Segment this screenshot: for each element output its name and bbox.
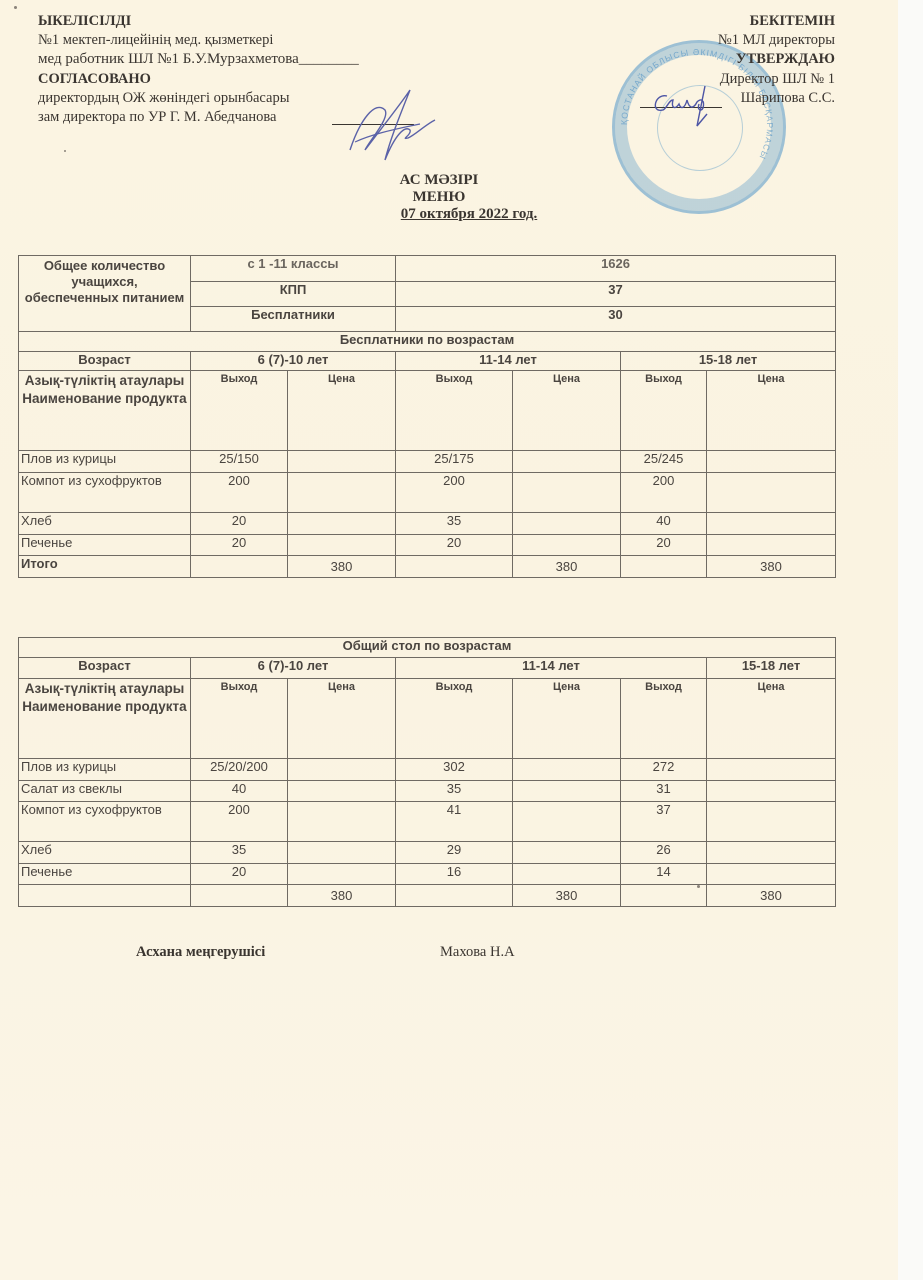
product-name: Плов из курицы bbox=[19, 451, 191, 473]
product-name: Хлеб bbox=[19, 842, 191, 864]
summary-row-name: Бесплатники bbox=[191, 307, 396, 332]
price-cell bbox=[707, 513, 836, 535]
canteen-head-role: Асхана меңгерушісі bbox=[136, 944, 265, 961]
price-cell bbox=[288, 513, 396, 535]
table-row: Компот из сухофруктов200200200 bbox=[19, 473, 836, 513]
sub-header: Выход bbox=[396, 679, 513, 759]
price-cell bbox=[707, 473, 836, 513]
product-name: Компот из сухофруктов bbox=[19, 802, 191, 842]
yield-cell: 200 bbox=[396, 473, 513, 513]
price-cell bbox=[288, 535, 396, 556]
total-cell: 380 bbox=[513, 885, 621, 907]
yield-cell: 35 bbox=[396, 513, 513, 535]
scan-speck bbox=[64, 150, 66, 152]
age-label: Возраст bbox=[19, 352, 191, 371]
age-label: Возраст bbox=[19, 658, 191, 679]
menu-title-ru: МЕНЮ bbox=[0, 189, 888, 206]
total-cell bbox=[621, 556, 707, 578]
price-cell bbox=[513, 864, 621, 885]
summary-row-value: 30 bbox=[396, 307, 836, 332]
agreed-ru-heading: СОГЛАСОВАНО bbox=[38, 70, 151, 88]
price-cell bbox=[707, 842, 836, 864]
sub-header: Выход bbox=[191, 371, 288, 451]
director-name: Шарипова С.С. bbox=[741, 89, 835, 107]
sub-header: Выход bbox=[396, 371, 513, 451]
table-row: Хлеб352926 bbox=[19, 842, 836, 864]
price-cell bbox=[707, 781, 836, 802]
yield-cell: 25/175 bbox=[396, 451, 513, 473]
yield-cell: 14 bbox=[621, 864, 707, 885]
signature-director-icon bbox=[645, 78, 725, 138]
sub-header: Цена bbox=[288, 371, 396, 451]
free-meals-table: Общее количество учащихся, обеспеченных … bbox=[18, 255, 836, 578]
total-label bbox=[19, 885, 191, 907]
product-name: Плов из курицы bbox=[19, 759, 191, 781]
yield-cell: 29 bbox=[396, 842, 513, 864]
total-cell bbox=[396, 556, 513, 578]
yield-cell: 16 bbox=[396, 864, 513, 885]
price-cell bbox=[707, 451, 836, 473]
price-cell bbox=[288, 451, 396, 473]
price-cell bbox=[513, 842, 621, 864]
total-cell bbox=[396, 885, 513, 907]
approve-ru-heading: УТВЕРЖДАЮ bbox=[736, 50, 835, 68]
summary-row-name: КПП bbox=[191, 282, 396, 307]
summary-row-value: 1626 bbox=[396, 256, 836, 282]
price-cell bbox=[707, 759, 836, 781]
table-row: Плов из курицы25/15025/17525/245 bbox=[19, 451, 836, 473]
total-row: Итого380380380 bbox=[19, 556, 836, 578]
age-group: 15-18 лет bbox=[621, 352, 836, 371]
price-cell bbox=[513, 781, 621, 802]
agreed-kz-heading: ЫКЕЛІСІЛДІ bbox=[38, 12, 131, 30]
total-cell: 380 bbox=[707, 885, 836, 907]
product-name: Компот из сухофруктов bbox=[19, 473, 191, 513]
total-cell: 380 bbox=[513, 556, 621, 578]
total-cell: 380 bbox=[288, 885, 396, 907]
yield-cell: 20 bbox=[191, 535, 288, 556]
total-cell: 380 bbox=[707, 556, 836, 578]
yield-cell: 20 bbox=[396, 535, 513, 556]
scan-edge bbox=[898, 0, 923, 1280]
yield-cell: 35 bbox=[396, 781, 513, 802]
yield-cell: 20 bbox=[621, 535, 707, 556]
sub-header: Цена bbox=[707, 679, 836, 759]
price-cell bbox=[707, 802, 836, 842]
students-count-label: Общее количество учащихся, обеспеченных … bbox=[19, 256, 191, 332]
price-cell bbox=[513, 473, 621, 513]
sub-header: Цена bbox=[288, 679, 396, 759]
canteen-head-name: Махова Н.А bbox=[440, 944, 515, 961]
sub-header: Цена bbox=[513, 679, 621, 759]
director-ru: Директор ШЛ № 1 bbox=[720, 70, 835, 88]
general-table: Общий стол по возрастам Возраст 6 (7)-10… bbox=[18, 637, 836, 907]
yield-cell: 200 bbox=[191, 802, 288, 842]
med-worker-ru: мед работник ШЛ №1 Б.У.Мурзахметова_____… bbox=[38, 50, 359, 68]
price-cell bbox=[288, 473, 396, 513]
price-cell bbox=[707, 535, 836, 556]
table-row: Салат из свеклы403531 bbox=[19, 781, 836, 802]
yield-cell: 41 bbox=[396, 802, 513, 842]
sub-header: Выход bbox=[191, 679, 288, 759]
product-name: Хлеб bbox=[19, 513, 191, 535]
total-cell bbox=[191, 885, 288, 907]
age-group: 6 (7)-10 лет bbox=[191, 658, 396, 679]
product-name-header: Азық-түліктің атаулары Наименование прод… bbox=[19, 679, 191, 759]
menu-title-kz: АС МӘЗІРІ bbox=[0, 172, 888, 189]
product-name: Салат из свеклы bbox=[19, 781, 191, 802]
sub-header: Выход bbox=[621, 679, 707, 759]
age-group: 6 (7)-10 лет bbox=[191, 352, 396, 371]
yield-cell: 25/150 bbox=[191, 451, 288, 473]
yield-cell: 272 bbox=[621, 759, 707, 781]
price-cell bbox=[288, 842, 396, 864]
total-cell: 380 bbox=[288, 556, 396, 578]
yield-cell: 302 bbox=[396, 759, 513, 781]
price-cell bbox=[513, 535, 621, 556]
free-table-title: Бесплатники по возрастам bbox=[19, 332, 836, 352]
yield-cell: 200 bbox=[621, 473, 707, 513]
price-cell bbox=[707, 864, 836, 885]
yield-cell: 25/245 bbox=[621, 451, 707, 473]
director-kz: №1 МЛ директоры bbox=[718, 31, 835, 49]
summary-row-name: с 1 -11 классы bbox=[191, 256, 396, 282]
table-row: Печенье202020 bbox=[19, 535, 836, 556]
yield-cell: 20 bbox=[191, 513, 288, 535]
approve-kz-heading: БЕКІТЕМІН bbox=[750, 12, 835, 30]
table-row: Печенье201614 bbox=[19, 864, 836, 885]
menu-date: 07 октября 2022 год. bbox=[20, 206, 918, 223]
yield-cell: 200 bbox=[191, 473, 288, 513]
yield-cell: 40 bbox=[191, 781, 288, 802]
yield-cell: 40 bbox=[621, 513, 707, 535]
price-cell bbox=[288, 864, 396, 885]
summary-row-value: 37 bbox=[396, 282, 836, 307]
sub-header: Цена bbox=[707, 371, 836, 451]
age-group: 15-18 лет bbox=[707, 658, 836, 679]
table-row: Плов из курицы25/20/200302272 bbox=[19, 759, 836, 781]
age-group: 11-14 лет bbox=[396, 658, 707, 679]
yield-cell: 20 bbox=[191, 864, 288, 885]
product-name-header: Азық-түліктің атаулары Наименование прод… bbox=[19, 371, 191, 451]
yield-cell: 31 bbox=[621, 781, 707, 802]
age-group: 11-14 лет bbox=[396, 352, 621, 371]
total-cell bbox=[621, 885, 707, 907]
price-cell bbox=[513, 451, 621, 473]
total-row: 380380380 bbox=[19, 885, 836, 907]
med-worker-kz: №1 мектеп-лицейінің мед. қызметкері bbox=[38, 31, 273, 49]
table-row: Хлеб203540 bbox=[19, 513, 836, 535]
yield-cell: 37 bbox=[621, 802, 707, 842]
yield-cell: 26 bbox=[621, 842, 707, 864]
signature-deputy-icon bbox=[330, 80, 440, 170]
general-table-title: Общий стол по возрастам bbox=[19, 638, 836, 658]
scan-speck bbox=[697, 885, 700, 888]
product-name: Печенье bbox=[19, 864, 191, 885]
product-name: Печенье bbox=[19, 535, 191, 556]
deputy-ru: зам директора по УР Г. М. Абедчанова bbox=[38, 108, 276, 126]
scan-speck bbox=[14, 6, 17, 9]
price-cell bbox=[288, 759, 396, 781]
yield-cell: 35 bbox=[191, 842, 288, 864]
total-cell bbox=[191, 556, 288, 578]
price-cell bbox=[513, 759, 621, 781]
price-cell bbox=[513, 802, 621, 842]
deputy-kz: директордың ОЖ жөніндегі орынбасары bbox=[38, 89, 289, 107]
price-cell bbox=[288, 802, 396, 842]
yield-cell: 25/20/200 bbox=[191, 759, 288, 781]
price-cell bbox=[288, 781, 396, 802]
table-row: Компот из сухофруктов2004137 bbox=[19, 802, 836, 842]
total-label: Итого bbox=[19, 556, 191, 578]
sub-header: Цена bbox=[513, 371, 621, 451]
sub-header: Выход bbox=[621, 371, 707, 451]
price-cell bbox=[513, 513, 621, 535]
